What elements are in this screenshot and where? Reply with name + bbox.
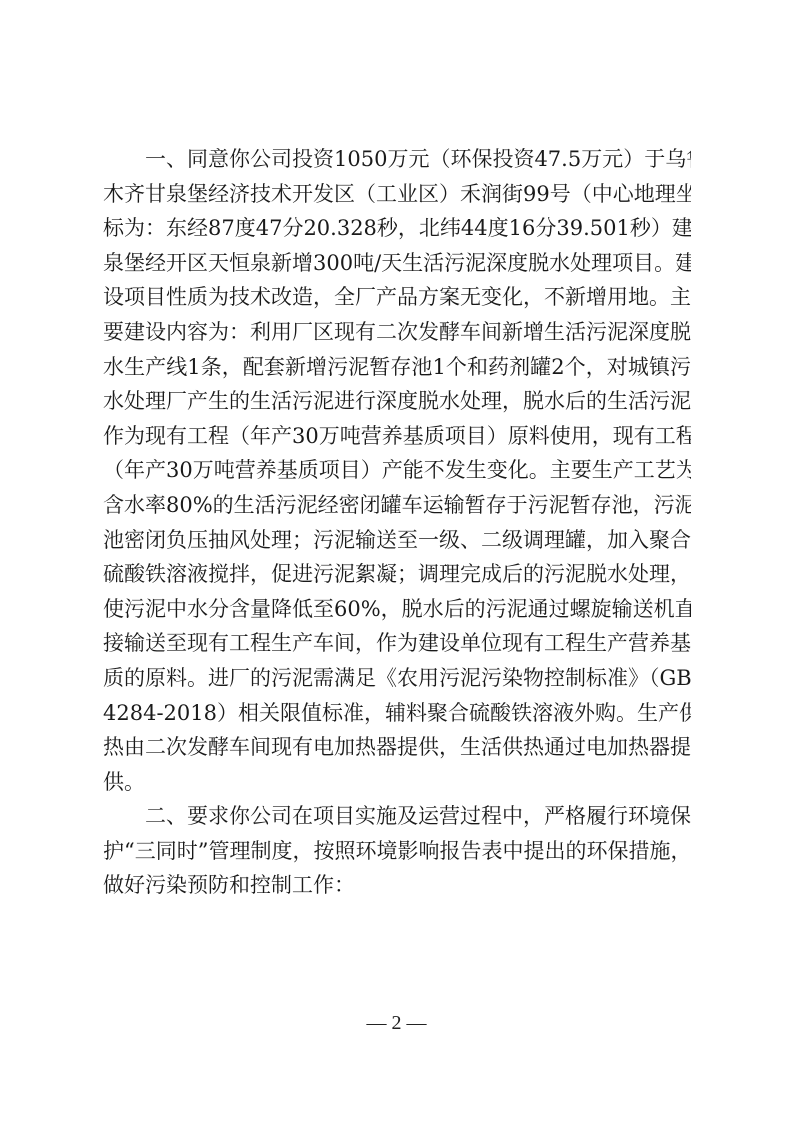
text-line: 做好污染预防和控制工作： — [103, 868, 691, 903]
page-number: — 2 — — [0, 1012, 793, 1035]
text-line: 标为：东经87度47分20.328秒，北纬44度16分39.501秒）建设甘 — [103, 211, 691, 246]
document-page: 一、同意你公司投资1050万元（环保投资47.5万元）于乌鲁 木齐甘泉堡经济技术… — [0, 0, 793, 1122]
text-line: 设项目性质为技术改造，全厂产品方案无变化，不新增用地。主 — [103, 280, 691, 315]
text-line: 质的原料。进厂的污泥需满足《农用污泥污染物控制标准》（GB — [103, 661, 691, 696]
text-line: 供。 — [103, 765, 691, 800]
text-line: 泉堡经开区天恒泉新增300吨/天生活污泥深度脱水处理项目。建 — [103, 246, 691, 281]
text-line: 要建设内容为：利用厂区现有二次发酵车间新增生活污泥深度脱 — [103, 315, 691, 350]
text-line: 4284-2018）相关限值标准，辅料聚合硫酸铁溶液外购。生产供 — [103, 696, 691, 731]
paragraph-2: 二、要求你公司在项目实施及运营过程中，严格履行环境保 护“三同时”管理制度，按照… — [103, 799, 691, 903]
text-line: 作为现有工程（年产30万吨营养基质项目）原料使用，现有工程 — [103, 419, 691, 454]
text-line: 接输送至现有工程生产车间，作为建设单位现有工程生产营养基 — [103, 626, 691, 661]
text-line: 一、同意你公司投资1050万元（环保投资47.5万元）于乌鲁 — [103, 142, 691, 177]
text-line: 硫酸铁溶液搅拌，促进污泥絮凝；调理完成后的污泥脱水处理， — [103, 557, 691, 592]
text-line: 含水率80%的生活污泥经密闭罐车运输暂存于污泥暂存池，污泥 — [103, 488, 691, 523]
text-line: 二、要求你公司在项目实施及运营过程中，严格履行环境保 — [103, 799, 691, 834]
text-line: 护“三同时”管理制度，按照环境影响报告表中提出的环保措施， — [103, 834, 691, 869]
text-line: 水处理厂产生的生活污泥进行深度脱水处理，脱水后的生活污泥 — [103, 384, 691, 419]
document-body: 一、同意你公司投资1050万元（环保投资47.5万元）于乌鲁 木齐甘泉堡经济技术… — [103, 142, 691, 903]
text-line: 池密闭负压抽风处理；污泥输送至一级、二级调理罐，加入聚合 — [103, 523, 691, 558]
text-line: 水生产线1条，配套新增污泥暂存池1个和药剂罐2个，对城镇污 — [103, 350, 691, 385]
text-line: 使污泥中水分含量降低至60%，脱水后的污泥通过螺旋输送机直 — [103, 592, 691, 627]
text-line: （年产30万吨营养基质项目）产能不发生变化。主要生产工艺为： — [103, 453, 691, 488]
text-line: 热由二次发酵车间现有电加热器提供，生活供热通过电加热器提 — [103, 730, 691, 765]
text-line: 木齐甘泉堡经济技术开发区（工业区）禾润街99号（中心地理坐 — [103, 177, 691, 212]
paragraph-1: 一、同意你公司投资1050万元（环保投资47.5万元）于乌鲁 木齐甘泉堡经济技术… — [103, 142, 691, 799]
